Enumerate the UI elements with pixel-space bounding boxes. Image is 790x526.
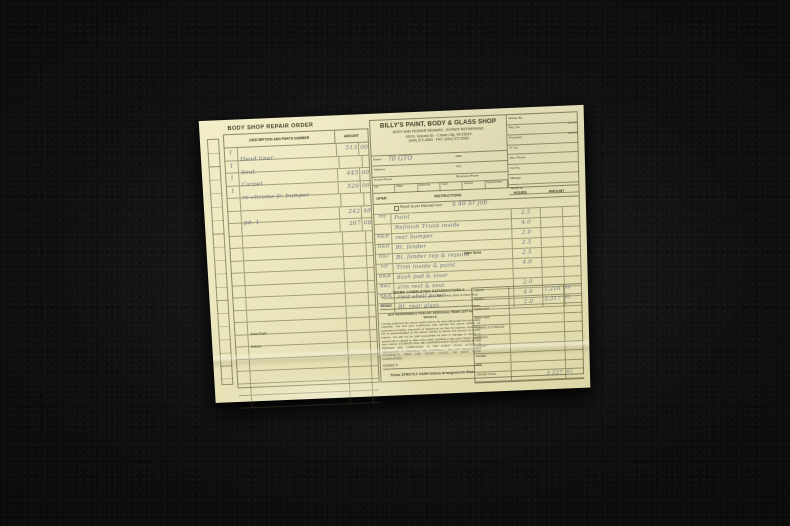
parts-qty xyxy=(237,359,250,371)
parts-amount-dollars xyxy=(341,193,365,206)
totals-label: PAINT MAT. xyxy=(473,306,510,316)
parts-amount-cents xyxy=(373,390,379,401)
parts-amount-cents xyxy=(371,354,377,365)
am-pm-label: AM PM xyxy=(568,132,578,136)
instruction-oper: R&R xyxy=(377,274,394,284)
parts-amount-cents: 00 xyxy=(360,168,369,180)
totals-cents xyxy=(564,312,583,321)
signed-x-line: SIGNED X xyxy=(383,360,482,370)
home-phone-label: Home Phone xyxy=(374,177,392,182)
instruction-amount xyxy=(542,246,580,257)
am-pm-label xyxy=(577,142,579,143)
parts-qty xyxy=(236,347,250,359)
parts-amount-cents: 68 xyxy=(362,218,371,230)
oper-header: OPER xyxy=(373,196,389,201)
am-pm-label xyxy=(578,172,580,173)
am-pm-label xyxy=(577,162,579,163)
parts-qty: 1 xyxy=(226,173,239,185)
parts-amount-dollars: 242 xyxy=(339,206,362,218)
parts-amount-dollars: 520 xyxy=(338,181,361,194)
totals-label: FRAME xyxy=(475,353,511,363)
totals-label: FREIGHT xyxy=(474,334,510,344)
parts-amount-cents xyxy=(372,366,378,377)
parts-qty xyxy=(238,384,251,396)
parts-amount-dollars: 513 xyxy=(336,143,359,156)
instruction-amount xyxy=(541,216,579,227)
order-right-section: BILLY'S PAINT, BODY & GLASS SHOP BODY AN… xyxy=(369,111,584,382)
totals-value: 3,527 xyxy=(511,369,566,380)
parts-amount-cents xyxy=(370,330,376,342)
estimate-note-handwriting: a 40 hr job xyxy=(452,199,488,208)
name-value-handwriting: 70 GTO xyxy=(388,155,413,163)
hours-header: HOURS xyxy=(506,190,534,195)
instruction-amount xyxy=(541,206,579,217)
parts-amount-dollars xyxy=(344,256,367,268)
am-pm-label xyxy=(578,182,580,183)
instruction-oper: R&R xyxy=(375,244,392,254)
parts-amount-dollars xyxy=(339,155,363,168)
parts-amount-cents xyxy=(366,231,373,243)
parts-qty xyxy=(235,323,249,335)
instruction-hours: 4.0 xyxy=(512,218,541,228)
terms-paragraph: I hereby authorize the above repair work… xyxy=(381,318,482,361)
parts-amount-cents xyxy=(371,342,377,353)
instruction-oper: ref xyxy=(374,214,391,224)
totals-cents: 63 xyxy=(566,369,585,378)
parts-rows: 1 Head liner 513 00 1 Seat 1 xyxy=(225,143,380,409)
parts-amount-cents xyxy=(369,293,375,305)
totals-box: LABOR 1,210 00 PARTS 2,317 63 PAINT MAT. xyxy=(471,283,584,383)
parts-amount-dollars: 267 xyxy=(340,218,363,230)
instruction-hours: 4.0 xyxy=(513,257,542,267)
order-info-label: Res. Phone xyxy=(508,155,525,160)
instruction-amount xyxy=(542,256,580,267)
parts-amount-cents xyxy=(364,193,371,205)
instruction-hours: 2.5 xyxy=(513,247,542,257)
parts-amount-dollars xyxy=(348,342,371,354)
instruction-amount xyxy=(542,266,580,276)
totals-cents xyxy=(565,331,584,340)
parts-qty: 1 xyxy=(225,161,239,173)
parts-amount-dollars xyxy=(345,268,368,280)
parts-amount-dollars xyxy=(349,366,372,378)
parts-qty xyxy=(233,298,247,310)
instruction-oper xyxy=(375,224,392,234)
parts-qty: 1 xyxy=(225,148,239,160)
order-info-label: Yr. Lic. xyxy=(508,145,519,150)
totals-cents xyxy=(565,350,584,359)
totals-cents xyxy=(564,322,583,331)
order-info-label: Written By xyxy=(507,115,523,120)
order-info-label: Mileage xyxy=(509,175,521,180)
am-pm-label xyxy=(577,152,579,153)
instruction-hours: 2.5 xyxy=(512,208,541,218)
parts-amount-header: AMOUNT xyxy=(335,129,368,143)
parts-amount-dollars xyxy=(350,379,373,391)
parts-qty xyxy=(228,198,242,210)
parts-amount-dollars xyxy=(343,243,367,255)
amount-header: AMOUNT xyxy=(534,188,578,194)
parts-qty xyxy=(235,335,249,347)
totals-label: LABOR xyxy=(472,287,509,297)
parts-amount-cents xyxy=(370,317,376,329)
totals-label: TAX xyxy=(475,362,511,372)
totals-cents xyxy=(565,341,584,350)
am-pm-label xyxy=(576,112,578,113)
parts-amount-cents xyxy=(367,256,374,268)
parts-qty xyxy=(230,248,244,260)
parts-amount-cents xyxy=(368,268,374,280)
parts-amount-dollars: 445 xyxy=(338,168,361,181)
open-items-label: Open Items xyxy=(464,250,481,255)
totals-label: PARTS xyxy=(473,297,510,307)
instruction-hours xyxy=(513,267,542,277)
parts-qty: 1 xyxy=(227,186,240,198)
totals-cents: 00 xyxy=(563,284,582,293)
parts-amount-dollars xyxy=(345,281,368,293)
parts-qty xyxy=(233,286,247,298)
order-info-label: Car No. xyxy=(508,165,520,170)
parts-amount-cents: 00 xyxy=(359,143,368,155)
instruction-oper: R&I xyxy=(376,254,393,264)
name-label: Name xyxy=(373,157,382,161)
parts-qty xyxy=(239,396,252,408)
business-phone-label: Business Phone xyxy=(456,174,479,179)
city-label: City xyxy=(456,164,462,168)
parts-qty xyxy=(232,273,246,285)
parts-amount-dollars xyxy=(346,293,369,305)
parts-amount-dollars xyxy=(346,305,369,317)
parts-qty xyxy=(238,371,251,383)
totals-label: GRAND TOTAL xyxy=(475,372,511,382)
parts-table: DESCRIPTION AND PARTS NUMBER AMOUNT 1 He… xyxy=(223,128,380,388)
estimate-checkbox-label: Repair as per Estimate Form xyxy=(400,203,442,209)
parts-qty xyxy=(229,224,242,236)
terms-strictly-cash: Terms STRICTLY CASH Unless Arrangements … xyxy=(383,370,482,378)
totals-label: TOWING & STORAGE xyxy=(474,325,511,335)
instruction-oper: R&R xyxy=(375,234,392,244)
order-info-label: Promised xyxy=(507,135,521,140)
parts-amount-cents xyxy=(372,378,378,389)
parts-qty xyxy=(234,310,248,322)
parts-amount-cents: 00 xyxy=(361,180,370,192)
order-info-box: Written By Reg. No. AM PM Promised AM PM xyxy=(506,112,580,187)
totals-cents xyxy=(564,303,583,312)
address-label: Address xyxy=(374,167,386,172)
order-info-label: Reg. No. xyxy=(507,125,521,130)
bottom-text-block: WORK COMPLETED SATISFACTORILY. This auth… xyxy=(380,287,483,377)
parts-amount-cents xyxy=(362,155,369,167)
estimate-checkbox xyxy=(394,206,399,211)
parts-qty xyxy=(230,236,244,248)
am-pm-label: AM PM xyxy=(568,122,578,126)
parts-amount-dollars xyxy=(347,330,370,342)
parts-qty xyxy=(231,261,245,273)
totals-label: SUBLET xyxy=(474,344,510,354)
instruction-amount xyxy=(541,226,579,237)
photo-background: BODY SHOP REPAIR ORDER DESCRIPTION AND P… xyxy=(0,0,790,526)
parts-amount-cents: 48 xyxy=(362,206,371,218)
instruction-oper: ref xyxy=(376,264,393,274)
parts-amount-dollars xyxy=(349,354,372,366)
totals-cents xyxy=(565,359,584,368)
repair-order-form: BODY SHOP REPAIR ORDER DESCRIPTION AND P… xyxy=(199,105,591,403)
instruction-hours: 2.0 xyxy=(512,228,541,238)
parts-qty xyxy=(228,211,241,223)
parts-amount-dollars xyxy=(350,391,373,403)
parts-amount-cents xyxy=(368,280,374,292)
instruction-amount xyxy=(542,236,580,247)
instruction-hours: 2.5 xyxy=(513,238,542,248)
parts-amount-dollars xyxy=(343,231,367,243)
parts-amount-cents xyxy=(369,305,375,317)
totals-cents: 63 xyxy=(564,294,583,303)
parts-amount-cents xyxy=(366,243,373,255)
date-label: Date xyxy=(455,153,462,157)
parts-amount-dollars xyxy=(347,317,370,329)
